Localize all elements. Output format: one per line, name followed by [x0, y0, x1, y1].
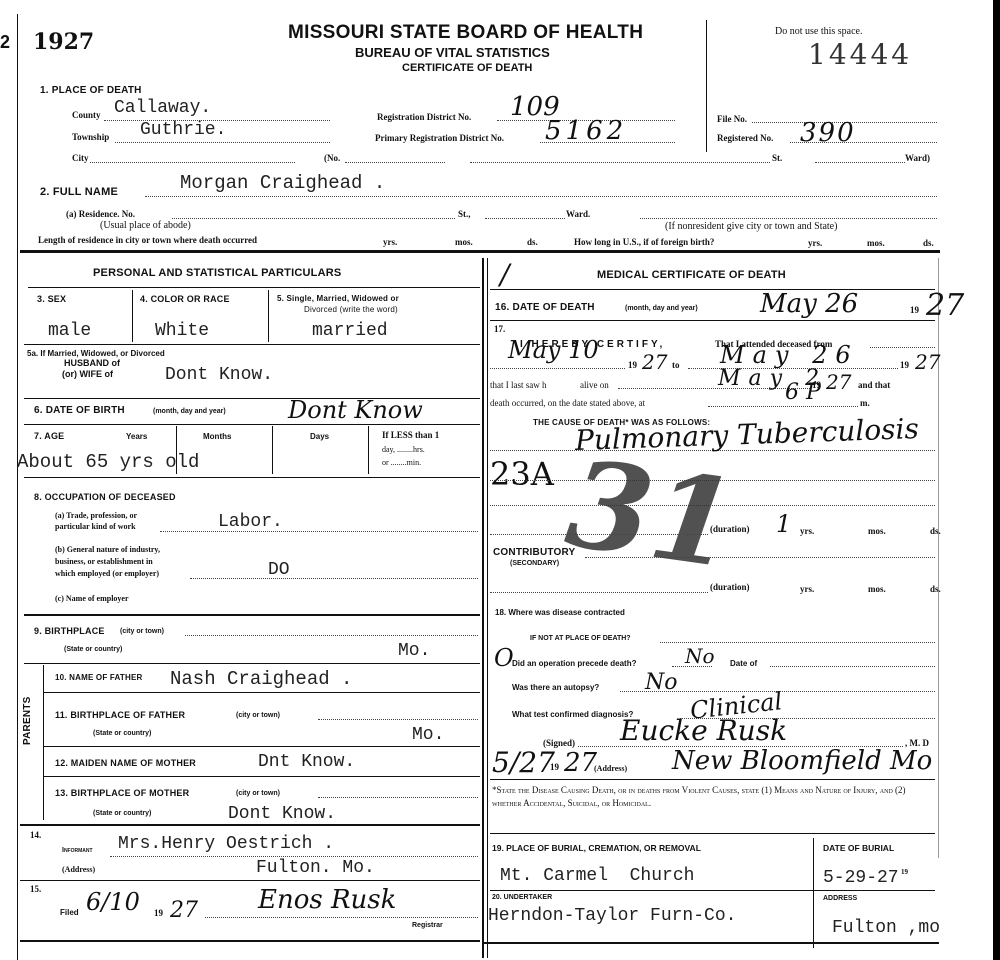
- township-line: [115, 142, 330, 143]
- attended-to: May 26: [720, 341, 859, 369]
- mother-bp-state-label: (State or country): [93, 810, 151, 817]
- foreign-ds: ds.: [923, 238, 934, 248]
- certificate-subtitle: CERTIFICATE OF DEATH: [402, 62, 532, 74]
- place-of-death-label: 1. PLACE OF DEATH: [40, 85, 142, 96]
- marital-value: married: [312, 321, 388, 341]
- occ-a-label-1: (a) Trade, profession, or: [55, 511, 137, 520]
- length-yrs: yrs.: [383, 237, 397, 247]
- burial-place-value: Mt. Carmel Church: [500, 866, 694, 886]
- marital-label: 5. Single, Married, Widowed or: [277, 294, 399, 303]
- city-line: [90, 162, 295, 163]
- stamp-code: 31: [560, 444, 742, 586]
- secondary-label: (SECONDARY): [510, 560, 559, 567]
- death-time: 6 P: [785, 380, 821, 405]
- m-label: m.: [860, 398, 870, 408]
- county-value: Callaway.: [114, 98, 211, 118]
- mother-value: Dnt Know.: [258, 752, 355, 772]
- medical-mark: /: [500, 258, 509, 291]
- father-bp-line: [318, 719, 478, 720]
- duration-yrs: yrs.: [800, 526, 814, 536]
- months-label: Months: [203, 432, 231, 441]
- duration-value: 1: [776, 510, 791, 538]
- occ-b-line: [190, 578, 478, 579]
- registrar-signature: Enos Rusk: [258, 885, 396, 915]
- header-divider: [706, 20, 707, 152]
- personal-heading-rule: [28, 287, 480, 288]
- sign-year: 27: [564, 748, 597, 778]
- sex-race-divider: [132, 290, 133, 342]
- race-marital-divider: [268, 290, 269, 342]
- column-divider: [482, 258, 484, 958]
- duration2-ds: ds.: [930, 584, 941, 594]
- full-name-line: [145, 196, 937, 197]
- date-of-label: Date of: [730, 659, 757, 668]
- dob-sub: (month, day and year): [153, 408, 226, 415]
- burial-date-suffix: 19: [901, 868, 908, 876]
- race-value: White: [155, 321, 209, 341]
- registrar-line: [205, 917, 478, 918]
- dob-label: 6. DATE OF BIRTH: [34, 405, 125, 416]
- residence-ward-line: [485, 218, 565, 219]
- father-value: Nash Craighead .: [170, 668, 352, 690]
- if-not-label: IF NOT AT PLACE OF DEATH?: [530, 635, 631, 642]
- row-rule-13: [20, 824, 480, 826]
- filed-number: 15.: [30, 884, 41, 894]
- full-name-label: 2. FULL NAME: [40, 186, 118, 198]
- mother-bp-line: [318, 797, 478, 798]
- st-label: St.: [772, 153, 782, 163]
- dod-year-prefix: 19: [910, 305, 919, 315]
- if-not-line: [660, 642, 935, 643]
- personal-heading: PERSONAL AND STATISTICAL PARTICULARS: [93, 267, 341, 279]
- occ-c-label: (c) Name of employer: [55, 594, 129, 603]
- occupation-label: 8. OCCUPATION OF DECEASED: [34, 492, 176, 502]
- residence-ward-label: Ward.: [566, 209, 590, 219]
- burial-place-label: 19. PLACE OF BURIAL, CREMATION, OR REMOV…: [492, 843, 701, 853]
- parents-divider: [43, 665, 44, 820]
- dob-value: Dont Know: [288, 396, 423, 424]
- township-value: Guthrie.: [140, 120, 226, 140]
- mother-bp-city: (city or town): [236, 790, 280, 797]
- nonresident-line: [640, 218, 937, 219]
- age-label: 7. AGE: [34, 431, 64, 441]
- informant-address-value: Fulton. Mo.: [256, 858, 375, 878]
- informant-label: Informant: [62, 847, 93, 854]
- residence-st-label: St.,: [458, 209, 471, 219]
- sign-rule: [490, 779, 935, 780]
- row-rule-8: [24, 614, 480, 616]
- attended-from: May 10: [508, 336, 599, 364]
- foreign-birth-label: How long in U.S., if of foreign birth?: [574, 237, 714, 247]
- informant-line: [110, 856, 478, 857]
- last-saw-label: that I last saw h: [490, 380, 547, 390]
- duration2-label: (duration): [710, 582, 750, 592]
- days-label: Days: [310, 432, 329, 441]
- footnote: *State the Disease Causing Death, or in …: [492, 784, 937, 810]
- duration2-yrs: yrs.: [800, 584, 814, 594]
- street-line: [470, 162, 770, 163]
- less-day: day, ........hrs.: [382, 445, 425, 454]
- sign-year-prefix: 19: [550, 762, 559, 772]
- footnote-rule: [490, 833, 935, 834]
- burial-address-label: ADDRESS: [823, 895, 857, 902]
- section-divider: [20, 250, 940, 253]
- foreign-yrs: yrs.: [808, 238, 822, 248]
- medical-address-value: New Bloomfield Mo: [672, 746, 932, 776]
- death-time-line: [708, 406, 858, 407]
- nonresident-note: (If nonresident give city or town and St…: [665, 221, 837, 232]
- husband-label: HUSBAND of: [64, 358, 120, 368]
- father-bp-city: (city or town): [236, 712, 280, 719]
- duration-mos: mos.: [868, 526, 886, 536]
- burial-address-value: Fulton ,mo: [832, 918, 940, 938]
- occ-b-label-1: (b) General nature of industry,: [55, 545, 160, 554]
- parents-side-label: PARENTS: [22, 697, 33, 745]
- years-label: Years: [126, 432, 147, 441]
- less-or: or ........min.: [382, 458, 421, 467]
- burial-rule: [490, 890, 935, 891]
- attended-from-line: [490, 368, 625, 369]
- row-rule-12: [44, 776, 480, 777]
- row-rule-11: [44, 746, 480, 747]
- row-rule-3: [24, 344, 480, 345]
- sex-value: male: [48, 321, 91, 341]
- duration2-mos: mos.: [868, 584, 886, 594]
- informant-address-label: (Address): [62, 865, 95, 874]
- bottom-rule-right: [484, 942, 939, 944]
- occ-b-label-3: which employed (or employer): [55, 569, 159, 578]
- column-divider-2: [487, 258, 488, 958]
- registrar-label: Registrar: [412, 922, 443, 929]
- cause-code: 23A: [490, 455, 554, 493]
- row-rule-9: [24, 663, 480, 664]
- registered-no-label: Registered No.: [717, 133, 773, 143]
- contributory-line: [585, 557, 935, 558]
- race-label: 4. COLOR OR RACE: [140, 294, 230, 304]
- birthplace-label: 9. BIRTHPLACE: [34, 626, 105, 636]
- undertaker-value: Herndon-Taylor Furn-Co.: [488, 906, 736, 926]
- burial-date-value: 5-29-27: [823, 868, 899, 888]
- operation-value: No: [685, 644, 715, 668]
- spouse-label: 5a. If Married, Widowed, or Divorced: [27, 349, 165, 358]
- father-label: 10. NAME OF FATHER: [55, 673, 142, 682]
- attended-to-year: 27: [915, 350, 940, 374]
- length-residence-label: Length of residence in city or town wher…: [38, 235, 257, 245]
- bottom-rule-left: [20, 940, 480, 942]
- medical-heading: MEDICAL CERTIFICATE OF DEATH: [597, 269, 786, 281]
- full-name-value: Morgan Craighead .: [180, 172, 385, 194]
- ward-label: Ward): [905, 153, 930, 163]
- reg-district-label: Registration District No.: [377, 112, 471, 122]
- contributory-label: CONTRIBUTORY: [493, 547, 575, 558]
- residence-line: [172, 218, 455, 219]
- days-less-divider: [368, 426, 369, 474]
- stamp-number: 14444: [808, 38, 912, 71]
- ward-line: [815, 162, 905, 163]
- autopsy-value: No: [645, 670, 678, 695]
- alive-label: alive on: [580, 380, 609, 390]
- file-no-label: File No.: [717, 114, 747, 124]
- township-label: Township: [72, 132, 109, 142]
- occ-b-label-2: business, or establishment in: [55, 557, 153, 566]
- dod-value: May 26: [760, 289, 858, 319]
- document-title: MISSOURI STATE BOARD OF HEALTH: [288, 22, 643, 44]
- burial-divider: [813, 838, 814, 948]
- foreign-mos: mos.: [867, 238, 885, 248]
- dod-sub: (month, day and year): [625, 305, 698, 312]
- row-rule-7: [24, 477, 480, 478]
- months-days-divider: [272, 426, 273, 474]
- no-label: (No.: [324, 153, 340, 163]
- residence-label: (a) Residence. No.: [66, 209, 135, 219]
- filed-year-prefix: 19: [154, 908, 163, 918]
- county-label: County: [72, 110, 101, 120]
- right-border: [938, 258, 939, 858]
- test-label: What test confirmed diagnosis?: [512, 710, 633, 719]
- duration-label: (duration): [710, 524, 750, 534]
- bureau-title: BUREAU OF VITAL STATISTICS: [355, 45, 550, 60]
- wife-label: (or) WIFE of: [62, 369, 113, 379]
- no-line: [345, 162, 445, 163]
- cert-number: 17.: [494, 324, 505, 334]
- occ-a-value: Labor.: [218, 512, 283, 532]
- city-label: City: [72, 153, 89, 163]
- scan-edge: [993, 0, 1000, 960]
- to-label: to: [672, 360, 680, 370]
- birthplace-value: Mo.: [398, 641, 430, 661]
- length-ds: ds.: [527, 237, 538, 247]
- row-rule-10: [44, 692, 480, 693]
- autopsy-label: Was there an autopsy?: [512, 683, 599, 692]
- row-rule-6: [24, 424, 480, 425]
- undertaker-label: 20. UNDERTAKER: [492, 894, 552, 901]
- dod-label: 16. DATE OF DEATH: [495, 302, 595, 313]
- age-value: About 65 yrs old: [17, 451, 199, 473]
- father-bp-value: Mo.: [412, 725, 444, 745]
- duration-line-pre: [490, 534, 708, 535]
- registered-no-value: 390: [800, 118, 856, 148]
- sign-date: 5/27: [492, 746, 555, 779]
- medical-address-label: (Address): [594, 764, 627, 773]
- mother-bp-label: 13. BIRTHPLACE OF MOTHER: [55, 788, 189, 798]
- do-not-use-label: Do not use this space.: [775, 26, 863, 37]
- father-bp-state-label: (State or country): [93, 730, 151, 737]
- informant-value: Mrs.Henry Oestrich .: [118, 834, 334, 854]
- medical-heading-rule: [490, 289, 935, 290]
- mother-bp-value: Dont Know.: [228, 804, 336, 824]
- attended-from-year: 27: [642, 350, 667, 374]
- mother-label: 12. MAIDEN NAME OF MOTHER: [55, 758, 196, 768]
- filed-label: Filed: [60, 908, 79, 917]
- spouse-value: Dont Know.: [165, 365, 273, 385]
- where-contracted-label: 18. Where was disease contracted: [495, 608, 625, 617]
- length-mos: mos.: [455, 237, 473, 247]
- residence-sub: (Usual place of abode): [100, 220, 191, 231]
- primary-reg-value: 5162: [545, 116, 627, 146]
- date-of-line: [770, 666, 935, 667]
- certify-line: [870, 347, 935, 348]
- filed-date: 6/10: [86, 888, 140, 916]
- occ-a-label-2: particular kind of work: [55, 522, 136, 531]
- father-bp-label: 11. BIRTHPLACE OF FATHER: [55, 710, 185, 720]
- informant-number: 14.: [30, 830, 41, 840]
- duration-ds: ds.: [930, 526, 941, 536]
- birthplace-state-label: (State or country): [64, 646, 122, 653]
- attended-from-prefix: 19: [628, 360, 637, 370]
- dod-rule: [490, 320, 935, 321]
- burial-date-label: DATE OF BURIAL: [823, 843, 894, 853]
- occ-a-line: [160, 531, 478, 532]
- occ-b-value: DO: [268, 560, 290, 580]
- sex-label: 3. SEX: [37, 294, 66, 304]
- margin-year: 1927: [33, 29, 94, 55]
- operation-label: Did an operation precede death?: [512, 659, 636, 668]
- row-rule-14: [20, 880, 480, 881]
- signed-value: Eucke Rusk: [620, 714, 787, 747]
- dod-year: 27: [926, 288, 964, 323]
- attended-to-prefix: 19: [900, 360, 909, 370]
- less-than-label: If LESS than 1: [382, 430, 439, 440]
- margin-mark: 2: [0, 32, 10, 53]
- birthplace-line: [185, 635, 478, 636]
- duration2-line-pre: [490, 592, 708, 593]
- death-occurred-label: death occurred, on the date stated above…: [490, 398, 645, 408]
- filed-year: 27: [170, 898, 198, 923]
- last-saw-year: 27: [826, 370, 851, 394]
- and-that: and that: [858, 380, 890, 390]
- primary-reg-label: Primary Registration District No.: [375, 133, 504, 143]
- operation-mark: O: [494, 644, 514, 672]
- left-margin-line: [17, 14, 18, 960]
- marital-label-2: Divorced (write the word): [304, 305, 398, 314]
- birthplace-city: (city or town): [120, 628, 164, 635]
